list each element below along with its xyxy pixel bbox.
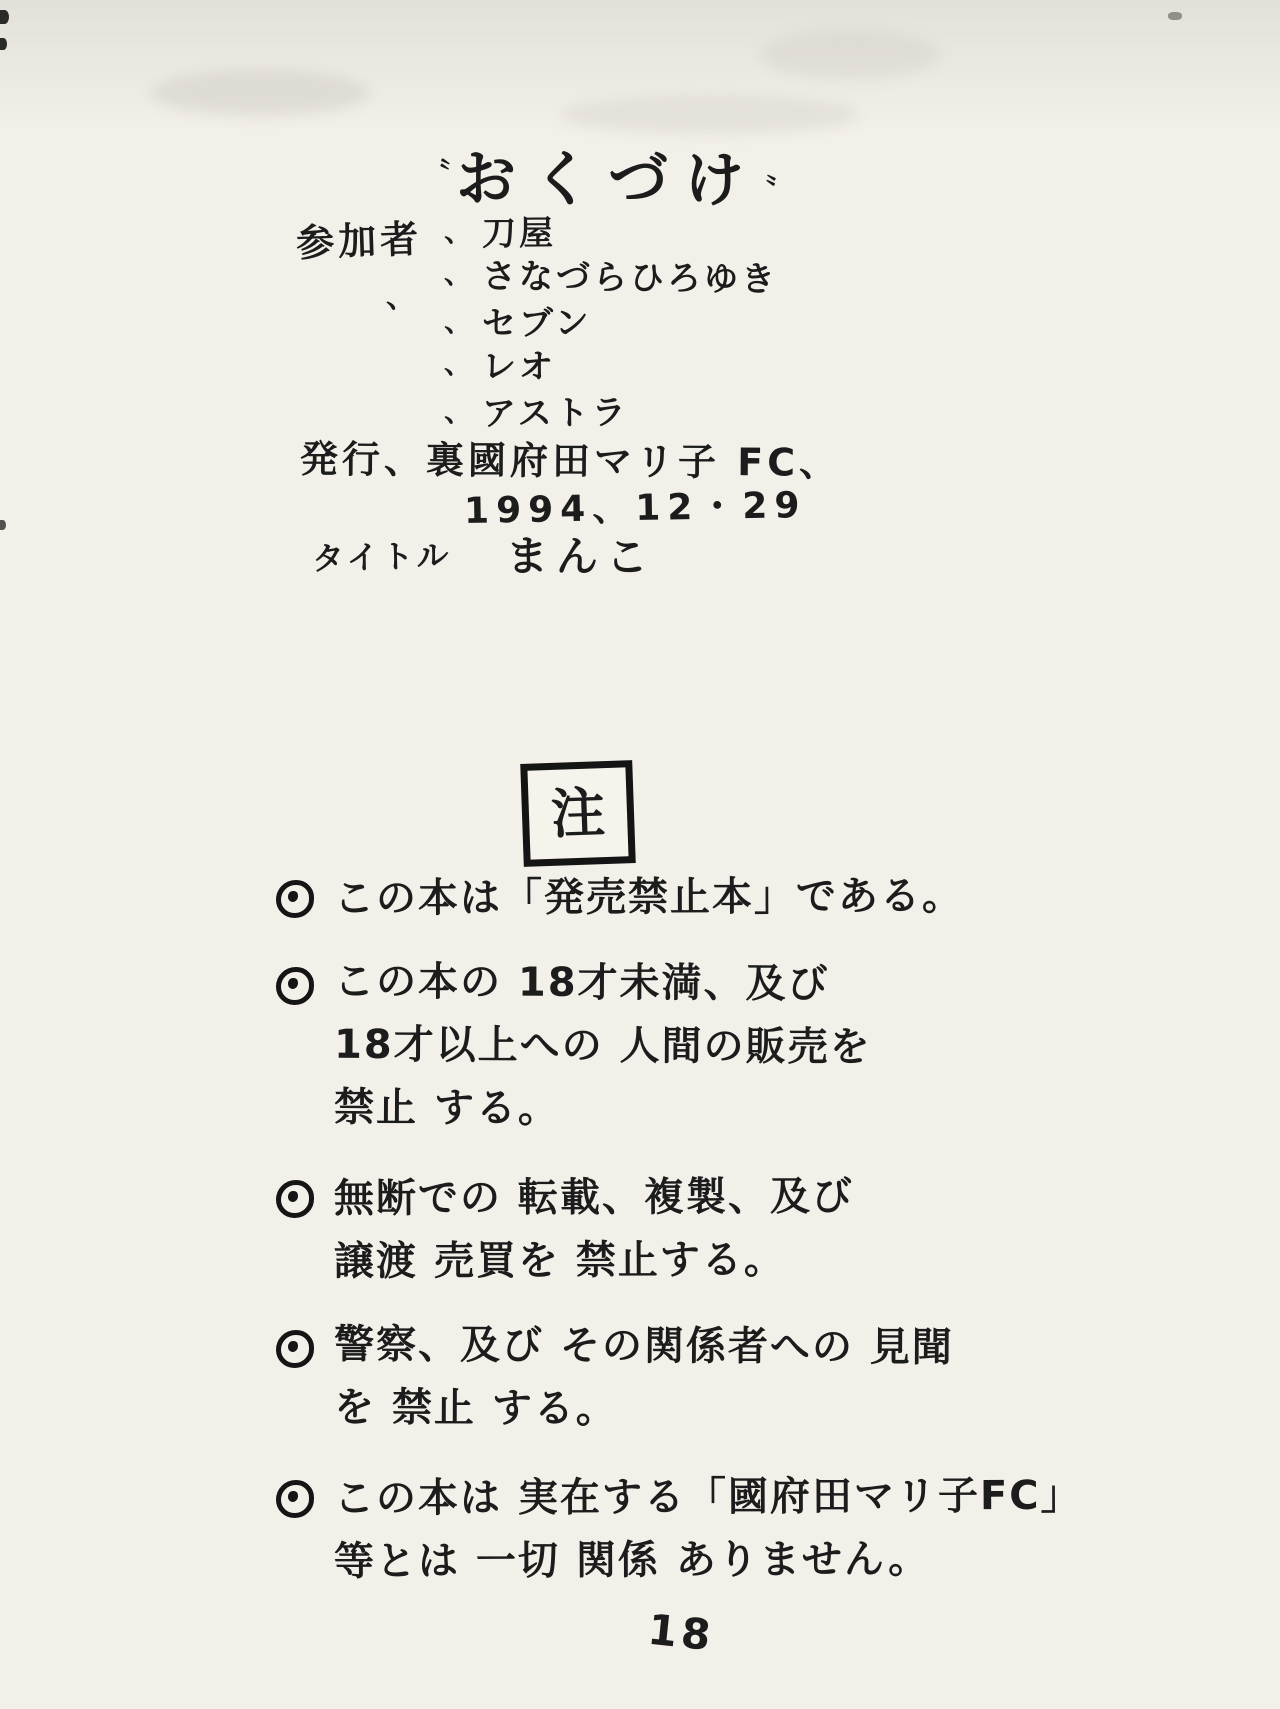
note-item: この本は 実在する「國府田マリ子FC」 等とは 一切 関係 ありません。 [276, 1466, 1216, 1592]
participant-name: アストラ [482, 385, 629, 435]
title-close-quote-mark: 〟 [766, 160, 792, 190]
scan-smudge [150, 70, 370, 116]
note-line: を 禁止 する。 [334, 1377, 1216, 1445]
note-item: 無断での 転載、複製、及び 譲渡 売買を 禁止する。 [276, 1166, 1216, 1292]
participants-label: 参加者 [295, 208, 423, 267]
participant-row: 、 アストラ [444, 384, 778, 432]
note-text: 警察、及び その関係者への 見聞 を 禁止 する。 [334, 1316, 1216, 1442]
note-line: 18才以上への 人間の販売を [334, 1014, 1216, 1082]
book-title-label: タイトル [311, 530, 452, 580]
note-item: この本は「発売禁止本」である。 [276, 866, 1216, 929]
participant-row: 、 レオ [444, 338, 778, 386]
note-line: 禁止 する。 [334, 1077, 1216, 1145]
title-open-quote-mark: 〝 [424, 158, 450, 188]
list-tick-icon: 、 [444, 342, 472, 382]
note-text: この本は 実在する「國府田マリ子FC」 等とは 一切 関係 ありません。 [334, 1466, 1216, 1592]
note-item: この本の 18才未満、及び 18才以上への 人間の販売を 禁止 する。 [276, 953, 1216, 1142]
circled-dot-bullet-icon [276, 1330, 314, 1368]
note-line: この本は「発売禁止本」である。 [334, 864, 1216, 931]
scan-edge-mark [0, 520, 6, 530]
note-line: 譲渡 売買を 禁止する。 [334, 1227, 1216, 1294]
note-text: この本は「発売禁止本」である。 [334, 866, 1216, 929]
circled-dot-bullet-icon [276, 1480, 314, 1518]
scan-smudge [560, 95, 860, 135]
participant-name: レオ [482, 339, 557, 389]
note-line: 無断での 転載、複製、及び [334, 1164, 1216, 1231]
note-line: この本の 18才未満、及び [334, 951, 1216, 1019]
scanned-page: 〝おくづけ〟 参加者 、 、 刀屋 、 さなづらひろゆき 、 セブン 、 レオ … [0, 0, 1280, 1709]
notes-header-box: 注 [520, 760, 636, 867]
participant-row: 、 刀屋 [444, 204, 778, 252]
circled-dot-bullet-icon [276, 880, 314, 918]
book-title: まんこ [506, 523, 657, 584]
page-number: 18 [646, 1605, 717, 1661]
scan-edge-mark [0, 38, 7, 50]
scan-smudge [760, 30, 940, 80]
circled-dot-bullet-icon [276, 967, 314, 1005]
note-line: 等とは 一切 関係 ありません。 [334, 1527, 1216, 1594]
note-item: 警察、及び その関係者への 見聞 を 禁止 する。 [276, 1316, 1216, 1442]
participant-name: セブン [482, 295, 592, 345]
participants-list: 、 刀屋 、 さなづらひろゆき 、 セブン 、 レオ 、 アストラ [444, 205, 778, 430]
note-line: この本は 実在する「國府田マリ子FC」 [334, 1464, 1216, 1531]
participant-name: 刀屋 [482, 205, 556, 255]
notes-header-text: 注 [550, 781, 606, 846]
circled-dot-bullet-icon [276, 1180, 314, 1218]
list-tick-icon: 、 [444, 210, 472, 250]
participants-label-tick: 、 [386, 272, 416, 316]
scan-edge-mark [1168, 12, 1182, 20]
list-tick-icon: 、 [444, 300, 472, 340]
list-tick-icon: 、 [444, 252, 472, 292]
list-tick-icon: 、 [444, 390, 472, 430]
scan-edge-mark [0, 10, 9, 24]
note-text: 無断での 転載、複製、及び 譲渡 売買を 禁止する。 [334, 1166, 1216, 1292]
note-line: 警察、及び その関係者への 見聞 [334, 1314, 1216, 1382]
notes-list: この本は「発売禁止本」である。 この本の 18才未満、及び 18才以上への 人間… [276, 866, 1216, 1616]
participant-row: 、 さなづらひろゆき [444, 248, 778, 296]
participant-row: 、 セブン [444, 294, 778, 342]
note-text: この本の 18才未満、及び 18才以上への 人間の販売を 禁止 する。 [334, 953, 1216, 1142]
